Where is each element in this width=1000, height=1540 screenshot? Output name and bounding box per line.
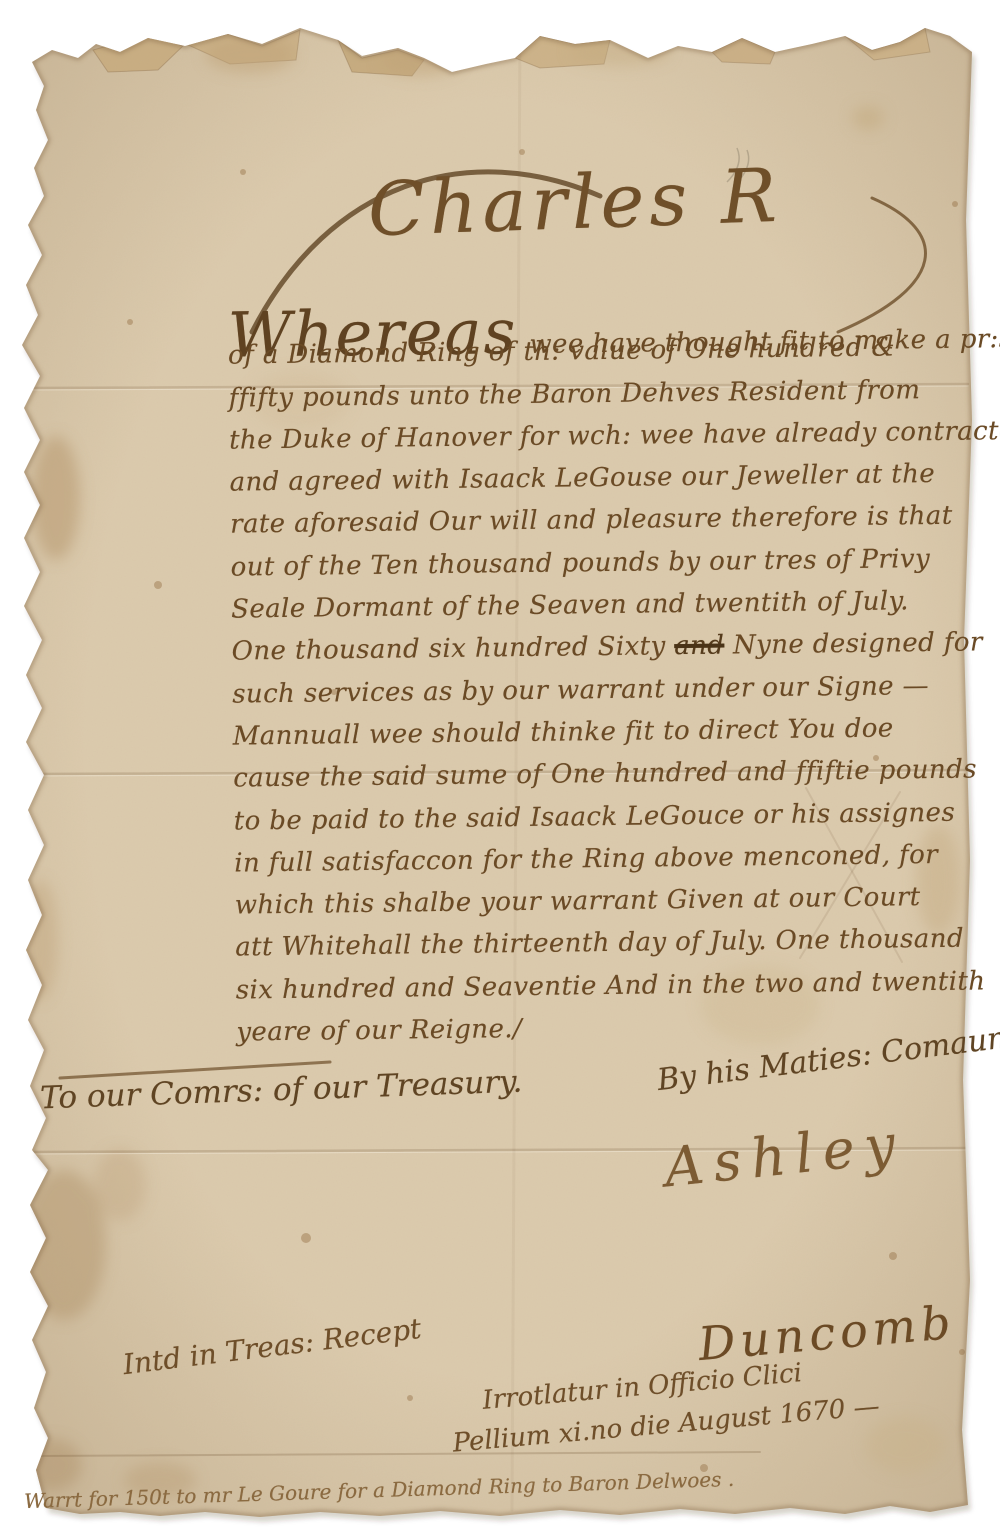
body-lines: of a Diamond Ring of th: value of One hu… [228, 332, 985, 1060]
body-text: Nyne designed for [724, 628, 983, 661]
body-text: One thousand six hundred Sixty [232, 632, 675, 667]
struck-text: and [674, 631, 724, 662]
body-text: yeare of our Reigne./ [236, 1014, 522, 1047]
royal-signature-charles-r: Charles R [367, 153, 783, 253]
warrant-body: Whereaswee have thought fit to make a pr… [227, 289, 984, 1059]
manuscript-photo: Charles R Whereaswee have thought fit to… [0, 0, 1000, 1540]
